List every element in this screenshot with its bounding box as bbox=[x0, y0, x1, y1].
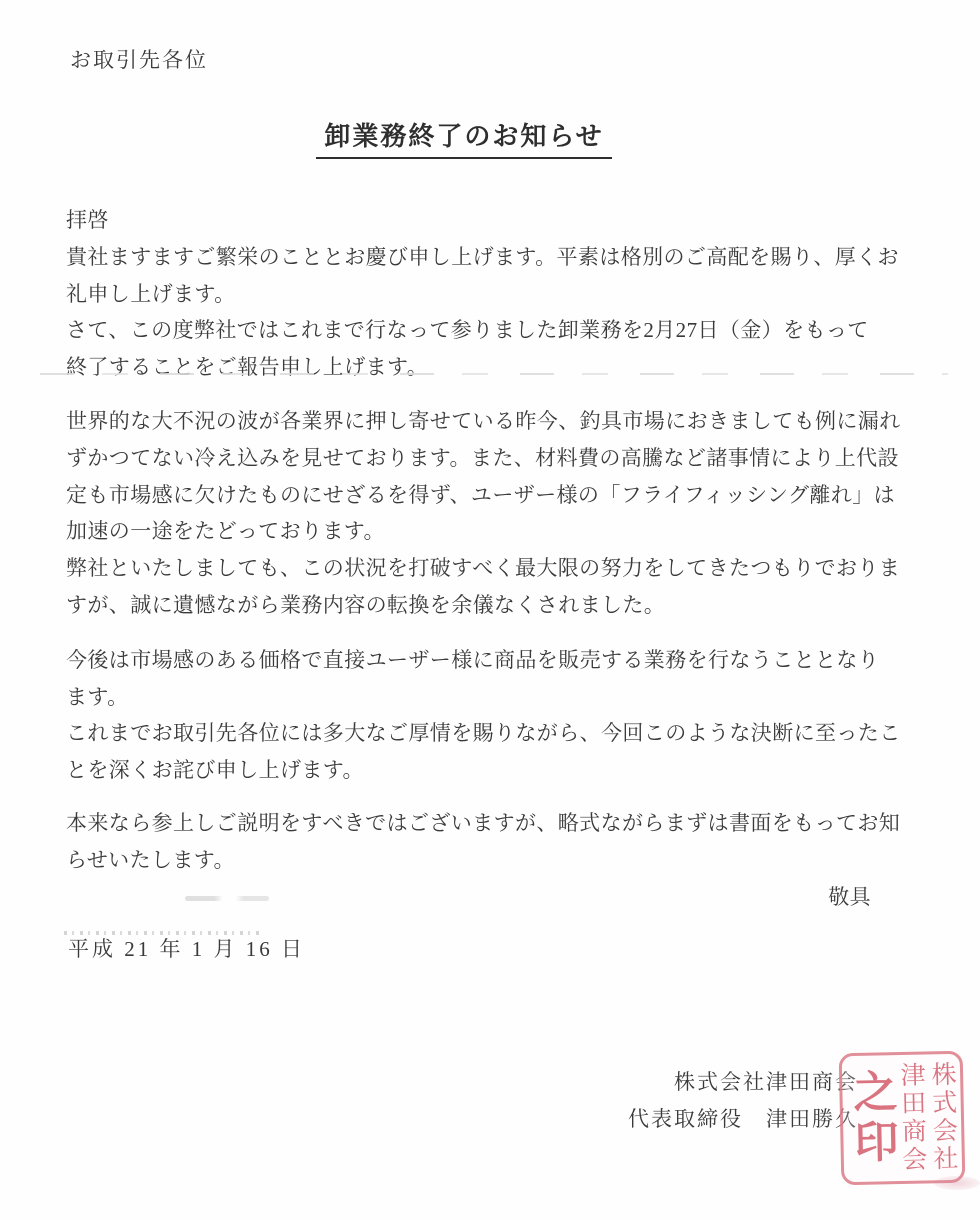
body-line: 本来なら参上しご説明をすべきではございますが、略式ながらまずは書面をもってお知 bbox=[66, 805, 914, 842]
letter-title: 卸業務終了のお知らせ bbox=[316, 116, 611, 159]
closing-keigu: 敬具 bbox=[66, 879, 914, 916]
seal-column-no-in: 之印 bbox=[848, 1060, 894, 1177]
body-line: 礼申し上げます。 bbox=[66, 276, 914, 313]
seal-column-kabushikigaisha: 株式会社 bbox=[929, 1059, 956, 1175]
seal-column-tsuda-shokai: 津田商会 bbox=[898, 1060, 925, 1176]
paragraph-market-situation: 世界的な大不況の波が各業界に押し寄せている昨今、釣具市場におきましても例に漏れ … bbox=[66, 403, 914, 624]
paragraph-future-business: 今後は市場感のある価格で直接ユーザー様に商品を販売する業務を行なうこととなり ま… bbox=[66, 642, 914, 789]
title-row: 卸業務終了のお知らせ bbox=[0, 116, 928, 159]
body-line: 加速の一途をたどっております。 bbox=[66, 513, 914, 550]
body-line: さて、この度弊社ではこれまで行なって参りました卸業務を2月27日（金）をもって bbox=[66, 312, 914, 349]
company-seal-stamp: 株式会社 津田商会 之印 bbox=[839, 1051, 966, 1186]
paragraph-written-notice: 本来なら参上しご説明をすべきではございますが、略式ながらまずは書面をもってお知 … bbox=[66, 805, 914, 879]
body-line: とを深くお詫び申し上げます。 bbox=[66, 752, 914, 789]
scanned-letter-page: お取引先各位 卸業務終了のお知らせ 拝啓 貴社ますますご繁栄のこととお慶び申し上… bbox=[0, 0, 980, 1220]
signature-representative: 代表取締役 津田勝久 bbox=[628, 1101, 858, 1138]
salutation: 拝啓 bbox=[66, 202, 914, 239]
body-line: 今後は市場感のある価格で直接ユーザー様に商品を販売する業務を行なうこととなり bbox=[66, 642, 914, 679]
signature-company: 株式会社津田商会 bbox=[628, 1064, 858, 1101]
body-line: これまでお取引先各位には多大なご厚情を賜りながら、今回このような決断に至ったこ bbox=[66, 715, 914, 752]
body-line: 世界的な大不況の波が各業界に押し寄せている昨今、釣具市場におきましても例に漏れ bbox=[66, 403, 914, 440]
body-line: 定も市場感に欠けたものにせざるを得ず、ユーザー様の「フライフィッシング離れ」は bbox=[66, 477, 914, 514]
body-line: すが、誠に遺憾ながら業務内容の転換を余儀なくされました。 bbox=[66, 587, 914, 624]
signature-block: 株式会社津田商会 代表取締役 津田勝久 bbox=[628, 1064, 858, 1138]
body-line: 貴社ますますご繁栄のこととお慶び申し上げます。平素は格別のご高配を賜り、厚くお bbox=[66, 239, 914, 276]
body-line: らせいたします。 bbox=[66, 842, 914, 879]
paragraph-opening: 拝啓 貴社ますますご繁栄のこととお慶び申し上げます。平素は格別のご高配を賜り、厚… bbox=[66, 202, 914, 386]
body-line: ます。 bbox=[66, 679, 914, 716]
body-line: ずかつてない冷え込みを見せております。また、材料費の高騰など諸事情により上代設 bbox=[66, 440, 914, 477]
body-line: 終了することをご報告申し上げます。 bbox=[66, 349, 914, 386]
date-line: 平成 21 年 1 月 16 日 bbox=[68, 933, 305, 963]
recipient-line: お取引先各位 bbox=[70, 44, 208, 74]
letter-body: 拝啓 貴社ますますご繁栄のこととお慶び申し上げます。平素は格別のご高配を賜り、厚… bbox=[66, 202, 914, 915]
body-line: 弊社といたしましても、この状況を打破すべく最大限の努力をしてきたつもりでおりま bbox=[66, 550, 914, 587]
